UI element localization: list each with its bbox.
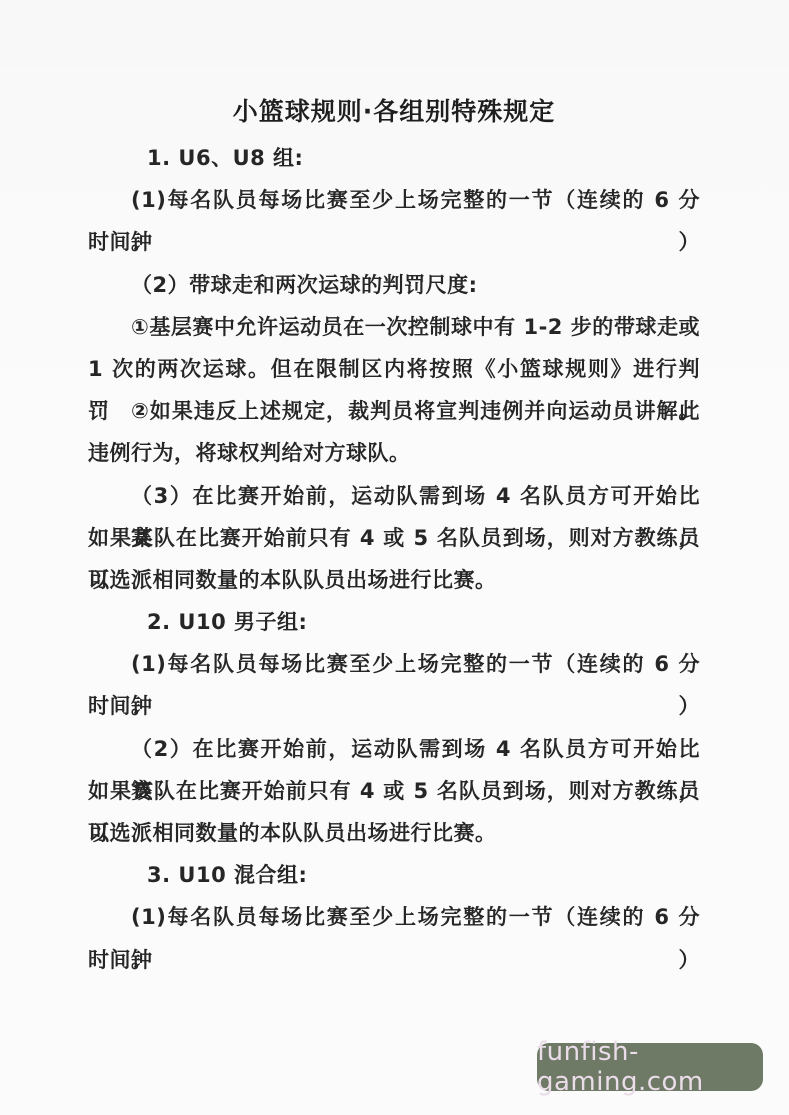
document-line: 3. U10 混合组: (88, 854, 700, 896)
document-line: 1 次的两次运球。但在限制区内将按照《小篮球规则》进行判罚。 (88, 348, 700, 390)
document-line: 1. U6、U8 组: (88, 137, 700, 179)
document-line: （2）在比赛开始前，运动队需到场 4 名队员方可开始比赛， (88, 728, 700, 770)
document-line: 违例行为，将球权判给对方球队。 (88, 432, 700, 474)
document-line: (1)每名队员每场比赛至少上场完整的一节（连续的 6 分钟） (88, 643, 700, 685)
scanned-document-page: 小篮球规则·各组别特殊规定 1. U6、U8 组:(1)每名队员每场比赛至少上场… (0, 0, 789, 1115)
document-line: ②如果违反上述规定，裁判员将宣判违例并向运动员讲解此 (88, 390, 700, 432)
document-line: ①基层赛中允许运动员在一次控制球中有 1-2 步的带球走或 (88, 306, 700, 348)
watermark-badge: funfish-gaming.com (537, 1043, 763, 1091)
document-line: 如果某队在比赛开始前只有 4 或 5 名队员到场，则对方教练员可 (88, 517, 700, 559)
document-line: 2. U10 男子组: (88, 601, 700, 643)
document-line: (1)每名队员每场比赛至少上场完整的一节（连续的 6 分钟） (88, 179, 700, 221)
document-text-lines: 1. U6、U8 组:(1)每名队员每场比赛至少上场完整的一节（连续的 6 分钟… (88, 137, 700, 981)
document-line: 如果该队在比赛开始前只有 4 或 5 名队员到场，则对方教练员可 (88, 770, 700, 812)
document-body: 小篮球规则·各组别特殊规定 1. U6、U8 组:(1)每名队员每场比赛至少上场… (88, 97, 700, 981)
document-line: 以选派相同数量的本队队员出场进行比赛。 (88, 559, 700, 601)
document-line: (1)每名队员每场比赛至少上场完整的一节（连续的 6 分钟） (88, 896, 700, 938)
document-title: 小篮球规则·各组别特殊规定 (88, 97, 700, 127)
document-line: 以选派相同数量的本队队员出场进行比赛。 (88, 812, 700, 854)
watermark-text: funfish-gaming.com (537, 1037, 763, 1097)
document-line: （3）在比赛开始前，运动队需到场 4 名队员方可开始比赛， (88, 475, 700, 517)
document-line: （2）带球走和两次运球的判罚尺度: (88, 264, 700, 306)
